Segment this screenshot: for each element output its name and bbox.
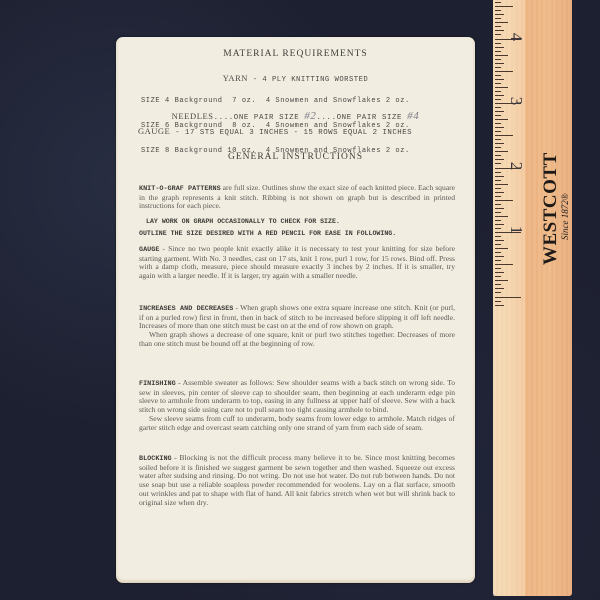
- ruler-tick: [495, 131, 501, 132]
- ruler-tick: [495, 264, 513, 265]
- caps-instruction-1: LAY WORK ON GRAPH OCCASIONALLY TO CHECK …: [146, 218, 340, 225]
- ruler-inch-label: 4: [506, 29, 526, 45]
- ruler-tick: [495, 107, 501, 108]
- ruler-tick: [495, 220, 501, 221]
- ruler-tick: [495, 192, 504, 193]
- ruler-tick: [495, 284, 501, 285]
- ruler-tick: [495, 159, 504, 160]
- ruler-tick: [495, 10, 501, 11]
- ruler-tick: [495, 212, 501, 213]
- ruler-tick: [495, 301, 501, 302]
- ruler-tick: [495, 252, 501, 253]
- ruler-tick: [495, 184, 508, 185]
- gauge-line: GAUGE - 17 STS EQUAL 3 INCHES - 15 ROWS …: [138, 126, 412, 137]
- ruler-tick: [495, 47, 504, 48]
- ruler-tick: [495, 143, 504, 144]
- ruler-tick: [495, 67, 501, 68]
- wooden-ruler: 123456789: [493, 0, 572, 596]
- ruler-tick: [495, 2, 501, 3]
- size-row: SIZE 4 Background 7 oz. 4 Snowmen and Sn…: [141, 97, 410, 105]
- section-finishing: FINISHING - Assemble sweater as follows:…: [139, 379, 455, 432]
- ruler-tick: [495, 208, 504, 209]
- ruler-tick: [495, 276, 501, 277]
- ruler-tick: [495, 14, 504, 15]
- ruler-tick: [495, 6, 513, 7]
- material-requirements-title: MATERIAL REQUIREMENTS: [116, 49, 475, 59]
- ruler-tick: [495, 280, 508, 281]
- ruler-tick: [495, 115, 501, 116]
- ruler-tick: [495, 34, 501, 35]
- section-text: - Blocking is not the difficult process …: [139, 453, 455, 507]
- ruler-tick: [495, 59, 501, 60]
- handwritten-needle-size: #2: [304, 110, 316, 122]
- ruler-tick: [495, 268, 501, 269]
- ruler-tick: [495, 248, 508, 249]
- ruler-tick: [495, 256, 504, 257]
- ruler-tick: [495, 87, 508, 88]
- ruler-tick: [495, 51, 501, 52]
- ruler-tick: [495, 155, 501, 156]
- section-text: - Since no two people knit exactly alike…: [139, 244, 455, 280]
- ruler-tick: [495, 18, 501, 19]
- ruler-tick: [495, 172, 501, 173]
- ruler-tick: [495, 180, 501, 181]
- ruler-tick: [495, 240, 504, 241]
- ruler-tick: [495, 272, 504, 273]
- ruler-tick: [495, 188, 501, 189]
- ruler-tick: [495, 151, 508, 152]
- ruler-tick: [495, 63, 504, 64]
- ruler-tick: [495, 91, 501, 92]
- ruler-tick: [495, 297, 521, 298]
- ruler-tick: [495, 83, 501, 84]
- ruler-tick: [495, 228, 501, 229]
- section-blocking: BLOCKING - Blocking is not the difficult…: [139, 454, 455, 507]
- section-text-continued: Sew sleeve seams from cuff to underarm, …: [139, 415, 455, 432]
- ruler-tick: [495, 292, 501, 293]
- needles-label: NEEDLES: [172, 111, 214, 121]
- ruler-tick: [495, 111, 504, 112]
- ruler-tick: [495, 119, 508, 120]
- section-text: - Assemble sweater as follows: Sew shoul…: [139, 378, 455, 414]
- ruler-tick: [495, 95, 504, 96]
- ruler-tick: [495, 71, 513, 72]
- ruler-tick: [495, 127, 504, 128]
- needles-text: ....ONE PAIR SIZE: [316, 114, 407, 122]
- ruler-tick: [495, 196, 501, 197]
- ruler-tick: [495, 135, 513, 136]
- ruler-tick: [495, 244, 501, 245]
- ruler-tick: [495, 43, 501, 44]
- handwritten-needle-size: #4: [407, 110, 419, 122]
- ruler-tick: [495, 224, 504, 225]
- needles-line: NEEDLES....ONE PAIR SIZE #2....ONE PAIR …: [116, 110, 475, 122]
- ruler-scale: [493, 0, 525, 596]
- brand-logo: WESTCOTT: [540, 152, 562, 265]
- ruler-tick: [495, 147, 501, 148]
- ruler-inch-label: 2: [506, 158, 526, 174]
- ruler-tick: [495, 204, 501, 205]
- ruler-tick: [495, 236, 501, 237]
- ruler-tick: [495, 75, 501, 76]
- gauge-value: - 17 STS EQUAL 3 INCHES - 15 ROWS EQUAL …: [170, 129, 412, 137]
- ruler-tick: [495, 200, 513, 201]
- ruler-tick: [495, 260, 501, 261]
- ruler-tick: [495, 26, 501, 27]
- section-text-continued: When graph shows a decrease of one squar…: [139, 331, 455, 348]
- ruler-tick: [495, 139, 501, 140]
- section-gauge: GAUGE - Since no two people knit exactly…: [139, 245, 455, 281]
- brand-tagline: Since 1872®: [560, 193, 570, 240]
- ruler-tick: [495, 176, 504, 177]
- knitting-instruction-card: MATERIAL REQUIREMENTS YARN - 4 PLY KNITT…: [116, 37, 475, 583]
- ruler-tick: [495, 163, 501, 164]
- gauge-label: GAUGE: [138, 126, 170, 136]
- caps-instruction-2: OUTLINE THE SIZE DESIRED WITH A RED PENC…: [139, 230, 396, 237]
- ruler-tick: [495, 99, 501, 100]
- general-instructions-title: GENERAL INSTRUCTIONS: [116, 152, 475, 162]
- ruler-tick: [495, 22, 508, 23]
- section-knit-o-graf: KNIT-O-GRAF PATTERNS are full size. Outl…: [139, 184, 455, 211]
- ruler-tick: [495, 55, 508, 56]
- ruler-tick: [495, 123, 501, 124]
- needles-text: ....ONE PAIR SIZE: [214, 114, 305, 122]
- ruler-inch-label: 1: [506, 222, 526, 238]
- ruler-inch-label: 3: [506, 93, 526, 109]
- ruler-tick: [495, 216, 508, 217]
- ruler-tick: [495, 79, 504, 80]
- ruler-tick: [495, 288, 504, 289]
- section-increases-decreases: INCREASES AND DECREASES - When graph sho…: [139, 304, 455, 349]
- ruler-tick: [495, 305, 504, 306]
- ruler-tick: [495, 30, 504, 31]
